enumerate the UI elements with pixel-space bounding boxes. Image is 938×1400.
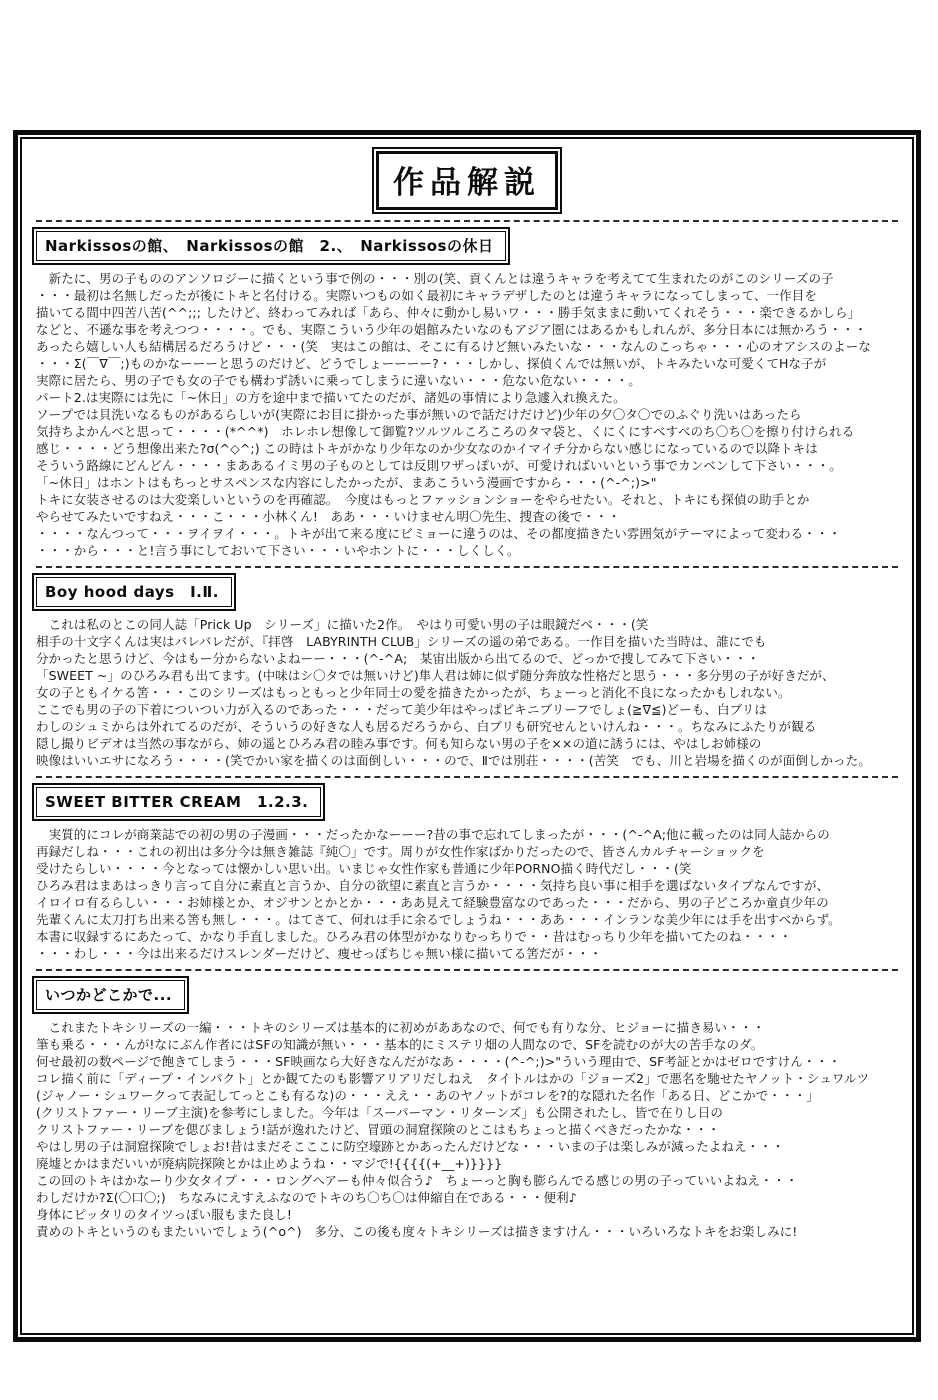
text-line: イロイロ有るらしい・・・お姉様とか、オジサンとかとか・・・ああ見えて経験豊富なの… [36,894,900,911]
text-line: やはし男の子は洞窟探険でしょお!昔はまだそこここに防空壕跡とかあったんだけどな・… [36,1138,900,1155]
text-line: 相手の十文字くんは実はバレバレだが、『拝啓 LABYRINTH CLUB」シリー… [36,633,900,650]
text-line: 感じ・・・・どう想像出来た?σ(^◇^;) この時はトキがかなり少年なのか少女な… [36,440,900,457]
dashed-separator [36,566,898,568]
section-header-row: Narkissosの館、 Narkissosの館 2.、 Narkissosの休… [36,231,900,261]
text-line: 実際に居たら、男の子でも女の子でも構わず誘いに乗ってしまうに違いない・・・危ない… [36,372,900,389]
page-title-box: 作品解説 [376,151,558,210]
text-line: これまたトキシリーズの一編・・・トキのシリーズは基本的に初めがああなので、何でも… [36,1019,900,1036]
text-line: 「SWEET ~」のひろみ君も出てます。(中味はシ〇タでは無いけど)隼人君は姉に… [36,667,900,684]
dashed-separator [36,776,898,778]
text-line: ひろみ君はまあはっきり言って自分に素直と言うか、自分の欲望に素直と言うか・・・・… [36,877,900,894]
text-line: (ジャノー・シュワークって表記してっとこも有るな)の・・・ええ・・あのヤノットが… [36,1087,900,1104]
section-header: Narkissosの館、 Narkissosの館 2.、 Narkissosの休… [36,231,506,261]
text-line: わしのシュミからは外れてるのだが、そういうの好きな人も居るだろうから、白ブリも研… [36,718,900,735]
section-header: Boy hood days Ⅰ.Ⅱ. [36,577,232,607]
section-header-row: Boy hood days Ⅰ.Ⅱ. [36,577,900,607]
text-line: 分かったと思うけど、今はもー分からないよねーー・・・(^-^A; 某宙出版から出… [36,650,900,667]
section-header-row: いつかどこかで... [36,980,900,1010]
text-line: 隠し撮りビデオは当然の事ながら、姉の遥とひろみ君の睦み事です。何も知らない男の子… [36,735,900,752]
text-line: コレ描く前に「ディープ・インパクト」とか観てたのも影響アリアリだしねえ タイトル… [36,1070,900,1087]
text-line: 映像はいいエサになろう・・・・(笑でかい家を描くのは面倒しい・・・ので、Ⅱでは別… [36,752,900,769]
text-line: 実質的にコレが商業誌での初の男の子漫画・・・だったかなーーー?昔の事で忘れてしま… [36,826,900,843]
page-border-frame: 作品解説 Narkissosの館、 Narkissosの館 2.、 Narkis… [13,130,921,1342]
section-body: これは私のとこの同人誌「Prick Up シリーズ」に描いた2作。 やはり可愛い… [36,616,900,769]
text-line: 筆も乗る・・・んが!なにぶん作者にはSFの知識が無い・・・基本的にミステリ畑の人… [36,1036,900,1053]
text-line: 責めのトキというのもまたいいでしょう(^o^) 多分、この後も度々トキシリーズは… [36,1223,900,1240]
text-line: 本書に収録するにあたって、かなり手直しました。ひろみ君の体型がかなりむっちりで・… [36,928,900,945]
text-line: ・・・から・・・と!言う事にしておいて下さい・・・いやホントに・・・しくしく。 [36,542,900,559]
text-line: これは私のとこの同人誌「Prick Up シリーズ」に描いた2作。 やはり可愛い… [36,616,900,633]
text-line: そういう路線にどんどん・・・・まああるイミ男の子ものとしては反則ワザっぽいが、可… [36,457,900,474]
text-line: この回のトキはかなーり少女タイプ・・・ロングヘアーも仲々似合う♪ ちょーっと胸も… [36,1172,900,1189]
text-line: ・・・Σ(￣∇￣;)ものかなーーーと思うのだけど、どうでしょーーーー?・・・しか… [36,355,900,372]
text-line: やらせてみたいですねえ・・・こ・・・小林くん! ああ・・・いけません明〇先生、捜… [36,508,900,525]
text-line: ・・・わし・・・今は出来るだけスレンダーだけど、痩せっぽちじゃ無い様に描いてる筈… [36,945,900,962]
text-line: 何せ最初の数ページで飽きてしまう・・・SF映画なら大好きなんだがなあ・・・・(^… [36,1053,900,1070]
text-line: 気持ちよかんべと思って・・・・(*^^*) ホレホレ想像して御覧?ツルツルころこ… [36,423,900,440]
text-line: トキに女装させるのは大変楽しいというのを再確認。 今度はもっとファッションショー… [36,491,900,508]
dashed-separator [36,969,898,971]
section-body: これまたトキシリーズの一編・・・トキのシリーズは基本的に初めがああなので、何でも… [36,1019,900,1240]
text-line: クリストファー・リーブを偲びましょう!話が逸れたけど、冒頭の洞窟探険のとこはもち… [36,1121,900,1138]
page-title: 作品解説 [393,165,541,201]
text-line: 女の子ともイケる筈・・・このシリーズはもっともっと少年同士の愛を描きたかったが、… [36,684,900,701]
text-line: 再録だしね・・・これの初出は多分今は無き雑誌『純〇」です。周りが女性作家ばかりだ… [36,843,900,860]
text-line: パート2.は実際には先に「~休日」の方を途中まで描いてたのだが、諸処の事情により… [36,389,900,406]
text-line: ここでも男の子の下着についつい力が入るのであった・・・だって美少年はやっぱビキニ… [36,701,900,718]
text-line: ・・・最初は名無しだったが後にトキと名付ける。実際いつもの如く最初にキャラデザし… [36,287,900,304]
text-line: (クリストファー・リーブ主演)を参考にしました。今年は「スーパーマン・リターンズ… [36,1104,900,1121]
text-line: 「~休日」はホントはもちっとサスペンスな内容にしたかったが、まあこういう漫画です… [36,474,900,491]
section-body: 実質的にコレが商業誌での初の男の子漫画・・・だったかなーーー?昔の事で忘れてしま… [36,826,900,962]
text-line: わしだけか?Σ(〇口〇;) ちなみにえすえふなのでトキのち〇ち〇は伸縮自在である… [36,1189,900,1206]
text-line: あったら嬉しい人も結構居るだろうけど・・・(笑 実はこの館は、そこに有るけど無い… [36,338,900,355]
text-line: ソープでは貝洗いなるものがあるらしいが(実際にお目に掛かった事が無いので話だけだ… [36,406,900,423]
dashed-separator [36,220,898,222]
section-header: SWEET BITTER CREAM 1.2.3. [36,787,321,817]
commentary-content: Narkissosの館、 Narkissosの館 2.、 Narkissosの休… [34,220,900,1240]
commentary-page: 作品解説 Narkissosの館、 Narkissosの館 2.、 Narkis… [0,0,938,1400]
page-inner-area: 作品解説 Narkissosの館、 Narkissosの館 2.、 Narkis… [20,137,914,1335]
section-header-row: SWEET BITTER CREAM 1.2.3. [36,787,900,817]
text-line: 受けたらしい・・・・今となっては懐かしい思い出。いまじゃ女性作家も普通に少年PO… [36,860,900,877]
section-header: いつかどこかで... [36,980,185,1010]
text-line: 廃墟とかはまだいいが廃病院探険とかは止めようね・・マジで!{{{{(+__+)}… [36,1155,900,1172]
text-line: 先輩くんに太刀打ち出来る筈も無し・・・。はてさて、何れは手に余るでしょうね・・・… [36,911,900,928]
text-line: 描いてる間中四苦八苦(^^;;; したけど、終わってみれば「あら、仲々に動かし易… [36,304,900,321]
text-line: などと、不遜な事を考えつつ・・・・。でも、実際こういう少年の娼館みたいなのもアジ… [36,321,900,338]
text-line: 新たに、男の子もののアンソロジーに描くという事で例の・・・別の(笑、貢くんとは違… [36,270,900,287]
text-line: ・・・・なんつって・・・ヲイヲイ・・・。トキが出て来る度にビミョーに違うのは、そ… [36,525,900,542]
title-wrap: 作品解説 [34,151,900,210]
text-line: 身体にピッタリのタイツっぽい服もまた良し! [36,1206,900,1223]
section-body: 新たに、男の子もののアンソロジーに描くという事で例の・・・別の(笑、貢くんとは違… [36,270,900,559]
